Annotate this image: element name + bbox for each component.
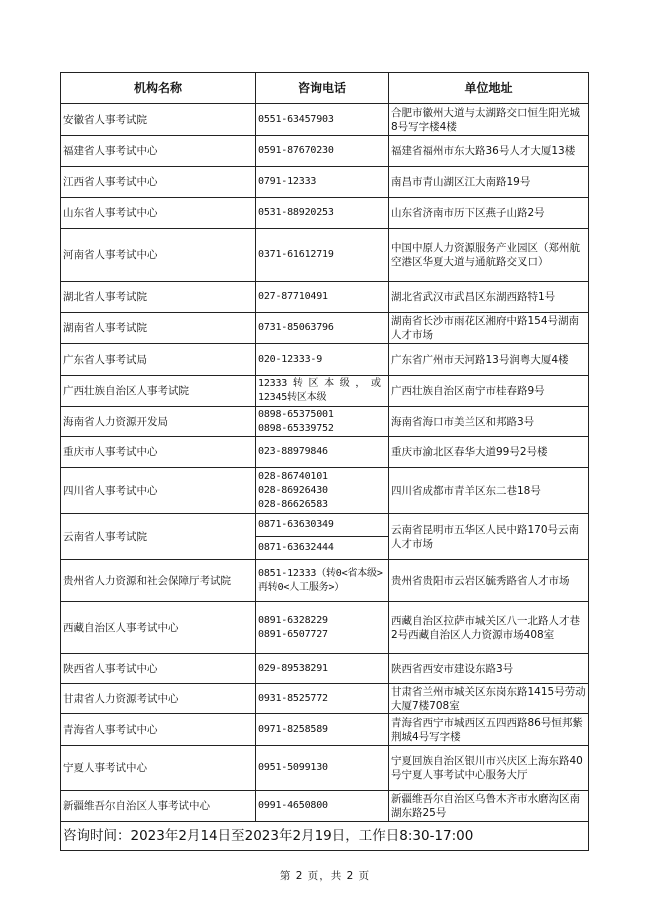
phone-number: 0871-63632444	[256, 536, 388, 559]
table-row: 广东省人事考试局020-12333-9广东省广州市天河路13号润粤大厦4楼	[61, 344, 589, 376]
institution-name: 海南省人力资源开发局	[61, 407, 256, 437]
phone-number: 0531-88920253	[258, 206, 386, 220]
phone-number: 0898-65339752	[258, 422, 386, 436]
institution-name: 云南省人事考试院	[61, 514, 256, 560]
phone-cell: 0531-88920253	[256, 198, 389, 229]
phone-number: 0731-85063796	[258, 321, 386, 335]
institution-name: 青海省人事考试中心	[61, 714, 256, 746]
address: 海南省海口市美兰区和邦路3号	[389, 407, 589, 437]
institution-name: 陕西省人事考试中心	[61, 654, 256, 684]
table-row: 山东省人事考试中心0531-88920253山东省济南市历下区燕子山路2号	[61, 198, 589, 229]
address: 西藏自治区拉萨市城关区八一北路人才巷2号西藏自治区人力资源市场408室	[389, 602, 589, 654]
address: 贵州省贵阳市云岩区毓秀路省人才市场	[389, 560, 589, 602]
document-page: 机构名称 咨询电话 单位地址 安徽省人事考试院0551-63457903合肥市徽…	[0, 0, 650, 919]
header-phone: 咨询电话	[256, 73, 389, 104]
institution-name: 广东省人事考试局	[61, 344, 256, 376]
phone-number: 0371-61612719	[258, 248, 386, 262]
phone-cell: 0931-8525772	[256, 684, 389, 714]
table-footer-row: 咨询时间：2023年2月14日至2023年2月19日，工作日8:30-17:00	[61, 822, 589, 851]
phone-cell: 0551-63457903	[256, 104, 389, 136]
phone-number: 028-86626583	[258, 498, 386, 512]
phone-cell: 028-86740101028-86926430028-86626583	[256, 468, 389, 514]
phone-cell: 0951-5099130	[256, 746, 389, 791]
phone-cell: 0898-653750010898-65339752	[256, 407, 389, 437]
phone-number: 0871-63630349	[258, 514, 386, 536]
phone-number: 0891-6328229	[258, 614, 386, 628]
address: 重庆市渝北区春华大道99号2号楼	[389, 437, 589, 468]
phone-number: 0551-63457903	[258, 113, 386, 127]
table-row: 云南省人事考试院0871-636303490871-63632444云南省昆明市…	[61, 514, 589, 560]
table-row: 青海省人事考试中心0971-8258589青海省西宁市城西区五四西路86号恒邦紫…	[61, 714, 589, 746]
institution-name: 新疆维吾尔自治区人事考试中心	[61, 791, 256, 822]
phone-cell: 0591-87670230	[256, 136, 389, 167]
phone-number: 0891-6507727	[258, 628, 386, 642]
address: 南昌市青山湖区江大南路19号	[389, 167, 589, 198]
institution-name: 福建省人事考试中心	[61, 136, 256, 167]
phone-number: 027-87710491	[258, 290, 386, 304]
phone-cell: 0851-12333（转0<省本级>再转0<人工服务>）	[256, 560, 389, 602]
address: 合肥市徽州大道与太湖路交口恒生阳光城8号写字楼4楼	[389, 104, 589, 136]
phone-cell: 0971-8258589	[256, 714, 389, 746]
institution-name: 江西省人事考试中心	[61, 167, 256, 198]
phone-number: 0991-4650800	[258, 799, 386, 813]
phone-number: 020-12333-9	[258, 353, 386, 367]
phone-cell: 12333 转 区 本 级 ， 或 12345转区本级	[256, 376, 389, 407]
address: 湖南省长沙市雨花区湘府中路154号湖南人才市场	[389, 313, 589, 344]
address: 湖北省武汉市武昌区东湖西路特1号	[389, 282, 589, 313]
address: 陕西省西安市建设东路3号	[389, 654, 589, 684]
institution-name: 广西壮族自治区人事考试院	[61, 376, 256, 407]
phone-cell: 0891-63282290891-6507727	[256, 602, 389, 654]
institution-name: 宁夏人事考试中心	[61, 746, 256, 791]
phone-cell: 0791-12333	[256, 167, 389, 198]
phone-cell: 0991-4650800	[256, 791, 389, 822]
phone-number: 0791-12333	[258, 175, 386, 189]
address: 青海省西宁市城西区五四西路86号恒邦紫荆城4号写字楼	[389, 714, 589, 746]
address: 宁夏回族自治区银川市兴庆区上海东路40号宁夏人事考试中心服务大厅	[389, 746, 589, 791]
table-row: 重庆市人事考试中心023-88979846重庆市渝北区春华大道99号2号楼	[61, 437, 589, 468]
address: 广西壮族自治区南宁市桂春路9号	[389, 376, 589, 407]
table-row: 湖北省人事考试院027-87710491湖北省武汉市武昌区东湖西路特1号	[61, 282, 589, 313]
institution-name: 西藏自治区人事考试中心	[61, 602, 256, 654]
phone-number: 0591-87670230	[258, 144, 386, 158]
phone-number: 0931-8525772	[258, 692, 386, 706]
institution-name: 四川省人事考试中心	[61, 468, 256, 514]
institution-name: 山东省人事考试中心	[61, 198, 256, 229]
table-body: 安徽省人事考试院0551-63457903合肥市徽州大道与太湖路交口恒生阳光城8…	[61, 104, 589, 822]
address: 山东省济南市历下区燕子山路2号	[389, 198, 589, 229]
phone-cell: 020-12333-9	[256, 344, 389, 376]
institution-name: 湖南省人事考试院	[61, 313, 256, 344]
institution-name: 贵州省人力资源和社会保障厅考试院	[61, 560, 256, 602]
exam-center-contact-table: 机构名称 咨询电话 单位地址 安徽省人事考试院0551-63457903合肥市徽…	[60, 72, 589, 851]
phone-number: 029-89538291	[258, 662, 386, 676]
phone-cell: 0731-85063796	[256, 313, 389, 344]
table-row: 贵州省人力资源和社会保障厅考试院0851-12333（转0<省本级>再转0<人工…	[61, 560, 589, 602]
table-row: 海南省人力资源开发局0898-653750010898-65339752海南省海…	[61, 407, 589, 437]
table-row: 安徽省人事考试院0551-63457903合肥市徽州大道与太湖路交口恒生阳光城8…	[61, 104, 589, 136]
table-row: 西藏自治区人事考试中心0891-63282290891-6507727西藏自治区…	[61, 602, 589, 654]
phone-number: 12333 转 区 本 级 ， 或 12345转区本级	[258, 377, 386, 405]
consultation-time-note: 咨询时间：2023年2月14日至2023年2月19日，工作日8:30-17:00	[61, 822, 589, 851]
table-row: 福建省人事考试中心0591-87670230福建省福州市东大路36号人才大厦13…	[61, 136, 589, 167]
header-address: 单位地址	[389, 73, 589, 104]
phone-number: 028-86926430	[258, 484, 386, 498]
phone-number: 0898-65375001	[258, 408, 386, 422]
table-row: 宁夏人事考试中心0951-5099130宁夏回族自治区银川市兴庆区上海东路40号…	[61, 746, 589, 791]
table-row: 湖南省人事考试院0731-85063796湖南省长沙市雨花区湘府中路154号湖南…	[61, 313, 589, 344]
phone-number: 0951-5099130	[258, 761, 386, 775]
phone-cell: 023-88979846	[256, 437, 389, 468]
address: 广东省广州市天河路13号润粤大厦4楼	[389, 344, 589, 376]
phone-number: 028-86740101	[258, 470, 386, 484]
table-row: 江西省人事考试中心0791-12333南昌市青山湖区江大南路19号	[61, 167, 589, 198]
institution-name: 安徽省人事考试院	[61, 104, 256, 136]
phone-cell: 0871-636303490871-63632444	[256, 514, 389, 560]
phone-cell: 029-89538291	[256, 654, 389, 684]
table-row: 甘肃省人力资源考试中心0931-8525772甘肃省兰州市城关区东岗东路1415…	[61, 684, 589, 714]
institution-name: 甘肃省人力资源考试中心	[61, 684, 256, 714]
table-row: 广西壮族自治区人事考试院12333 转 区 本 级 ， 或 12345转区本级广…	[61, 376, 589, 407]
address: 云南省昆明市五华区人民中路170号云南人才市场	[389, 514, 589, 560]
address: 福建省福州市东大路36号人才大厦13楼	[389, 136, 589, 167]
address: 四川省成都市青羊区东二巷18号	[389, 468, 589, 514]
phone-cell: 027-87710491	[256, 282, 389, 313]
phone-cell: 0371-61612719	[256, 229, 389, 282]
header-institution-name: 机构名称	[61, 73, 256, 104]
institution-name: 河南省人事考试中心	[61, 229, 256, 282]
address: 新疆维吾尔自治区乌鲁木齐市水磨沟区南湖东路25号	[389, 791, 589, 822]
institution-name: 湖北省人事考试院	[61, 282, 256, 313]
phone-number: 023-88979846	[258, 445, 386, 459]
phone-number: 0971-8258589	[258, 723, 386, 737]
page-number: 第 2 页，共 2 页	[0, 868, 650, 883]
table-row: 河南省人事考试中心0371-61612719中国中原人力资源服务产业园区（郑州航…	[61, 229, 589, 282]
table-row: 四川省人事考试中心028-86740101028-86926430028-866…	[61, 468, 589, 514]
address: 中国中原人力资源服务产业园区（郑州航空港区华夏大道与通航路交叉口）	[389, 229, 589, 282]
table-row: 新疆维吾尔自治区人事考试中心0991-4650800新疆维吾尔自治区乌鲁木齐市水…	[61, 791, 589, 822]
institution-name: 重庆市人事考试中心	[61, 437, 256, 468]
address: 甘肃省兰州市城关区东岗东路1415号劳动大厦7楼708室	[389, 684, 589, 714]
table-row: 陕西省人事考试中心029-89538291陕西省西安市建设东路3号	[61, 654, 589, 684]
table-header-row: 机构名称 咨询电话 单位地址	[61, 73, 589, 104]
phone-number: 0851-12333（转0<省本级>再转0<人工服务>）	[258, 567, 386, 595]
